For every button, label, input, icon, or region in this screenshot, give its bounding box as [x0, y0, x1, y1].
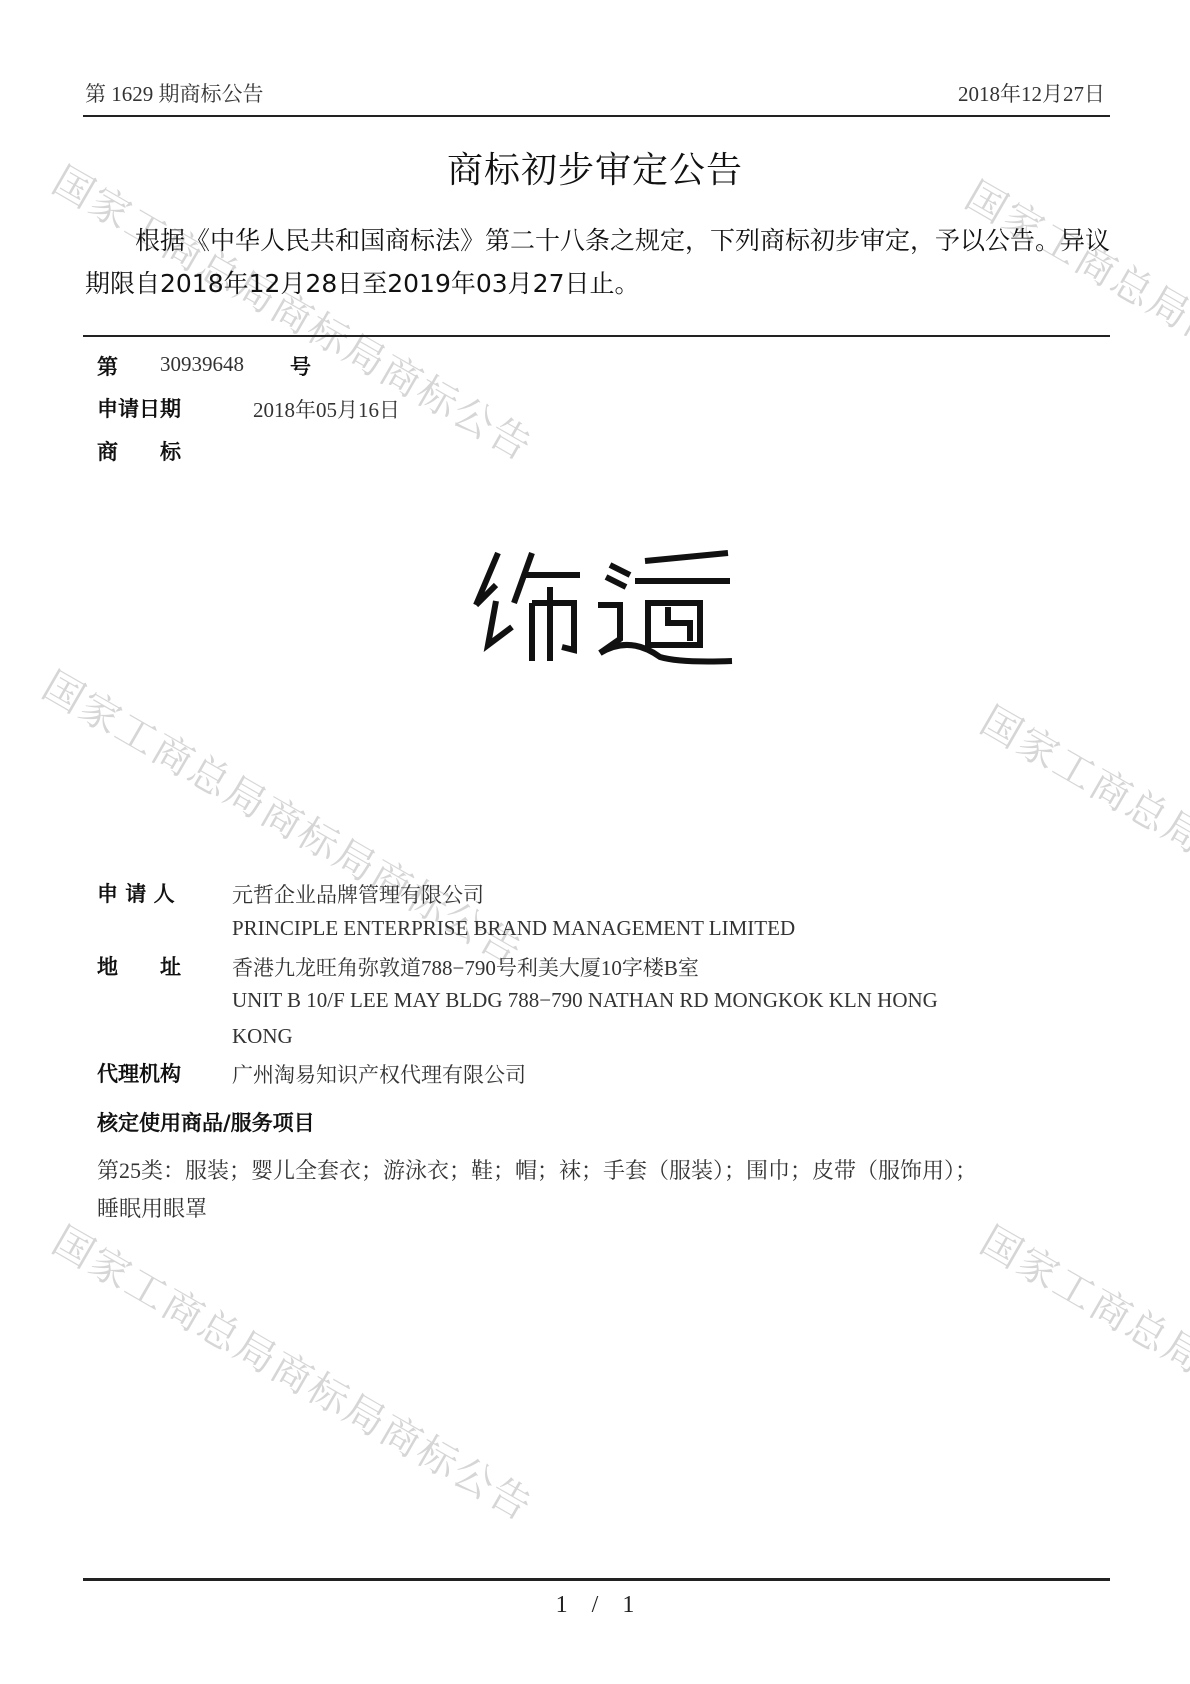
applicant-name-cn: 元哲企业品牌管理有限公司: [232, 879, 484, 909]
agent-label: 代理机构: [97, 1058, 181, 1088]
header-divider: [83, 115, 1110, 117]
watermark: 国家工商总局商标局商标公告: [44, 1210, 545, 1532]
number-prefix: 第: [97, 351, 118, 381]
agent-name: 广州淘易知识产权代理有限公司: [232, 1059, 526, 1089]
goods-line-1: 第25类：服装；婴儿全套衣；游泳衣；鞋；帽；袜；手套（服装）；围巾；皮带（服饰用…: [97, 1152, 1097, 1190]
page-indicator: 1 / 1: [0, 1592, 1190, 1619]
watermark: 国家工商总局商标局商标公告: [957, 165, 1190, 487]
address-en-line1: UNIT B 10/F LEE MAY BLDG 788−790 NATHAN …: [232, 988, 938, 1013]
trademark-logo-icon: [470, 545, 740, 665]
goods-heading: 核定使用商品/服务项目: [97, 1107, 315, 1137]
watermark: 国家工商总局商标局商标公告: [972, 1210, 1190, 1532]
footer-divider: [83, 1578, 1110, 1581]
address-label: 地 址: [97, 951, 181, 981]
watermark: 国家工商总局商标局商标公告: [972, 690, 1190, 1012]
registration-number: 30939648: [160, 352, 244, 377]
page-title: 商标初步审定公告: [0, 142, 1190, 193]
watermark: 国家工商总局商标局商标公告: [44, 150, 545, 472]
application-date: 2018年05月16日: [253, 394, 400, 424]
intro-paragraph: 根据《中华人民共和国商标法》第二十八条之规定，下列商标初步审定，予以公告。异议期…: [85, 219, 1110, 305]
issue-number: 第 1629 期商标公告: [85, 78, 264, 108]
application-date-label: 申请日期: [97, 393, 181, 423]
trademark-image: [470, 545, 740, 665]
section-divider: [83, 335, 1110, 337]
number-suffix: 号: [290, 351, 311, 381]
applicant-label: 申 请 人: [97, 878, 175, 908]
trademark-label: 商 标: [97, 436, 181, 466]
goods-list: 第25类：服装；婴儿全套衣；游泳衣；鞋；帽；袜；手套（服装）；围巾；皮带（服饰用…: [97, 1152, 1097, 1228]
goods-line-2: 睡眠用眼罩: [97, 1190, 1097, 1228]
publication-date: 2018年12月27日: [958, 78, 1105, 108]
applicant-name-en: PRINCIPLE ENTERPRISE BRAND MANAGEMENT LI…: [232, 916, 795, 941]
address-cn: 香港九龙旺角弥敦道788−790号利美大厦10字楼B室: [232, 952, 699, 982]
address-en-line2: KONG: [232, 1024, 293, 1049]
